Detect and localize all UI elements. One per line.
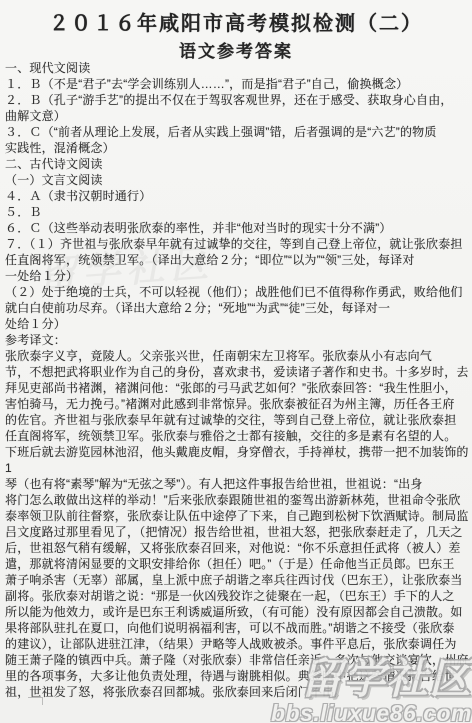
text-line: ４．Ａ（隶书汉朝时通行） — [5, 188, 472, 204]
text-line: 二、古代诗文阅读 — [5, 156, 472, 172]
text-line: 下班后就去游览园林池沼，他头戴鹿皮帽，身穿僧衣，手持禅杖，携带一把不加装饰的 — [5, 444, 472, 460]
text-line: 祖，世祖发了怒，将张欣泰召回都城。张欣泰回来后闭门不出。 — [5, 684, 472, 700]
text-line: 副将。张欣泰对胡谐之说：“那是一伙凶残狡诈之徒聚在一起，（巴东王）手下的人之 — [5, 588, 472, 604]
text-line: ３．Ｃ（“前者从理论上发展，后者从实践上强调”错，后者强调的是“六艺”的物质 — [5, 124, 472, 140]
text-line: 果将部队驻扎在夏口，向他们说明祸福利害，可以不战而胜。”胡谐之不接受（张欣泰 — [5, 620, 472, 636]
text-line: 随王萧子隆的镇西中兵。萧子隆（对张欣泰）非常信任亲近，多次与他交谈宴饮，州府 — [5, 652, 472, 668]
text-line: 一处给１分） — [5, 268, 472, 284]
text-line: 节，不想把武将职业作为自己的身份，喜欢隶书，爱读诸子著作和史书。十多岁时，去 — [5, 364, 472, 380]
answer-key-text: 一、现代文阅读１．Ｂ（不是“君子”去“学会训练别人……”，而是指“君子”自己，偷… — [5, 60, 472, 700]
text-line: 处给１分） — [5, 316, 472, 332]
text-line: ５．Ｂ — [5, 204, 472, 220]
text-line: 所以能为他效力，或许是巴东王利诱威逼所致，（有可能）没有原因都会自己溃散。如 — [5, 604, 472, 620]
text-line: 琴（也有将“素琴”解为“无弦之琴”）。有人把这件事报告给世祖，世祖说：“出身 — [5, 476, 472, 492]
text-line: （一）文言文阅读 — [5, 172, 472, 188]
text-line: 1 — [5, 460, 472, 476]
document-subtitle: 语文参考答案 — [0, 37, 472, 62]
text-line: 将门怎么敢做出这样的举动！”后来张欣泰跟随世祖的銮驾出游新林苑，世祖命令张欣 — [5, 492, 472, 508]
text-line: 一、现代文阅读 — [5, 60, 472, 76]
text-line: 任直阁将军，统领禁卫军。张欣泰与雅俗之士都有接触，交往的多是素有名望的人。 — [5, 428, 472, 444]
text-line: ２．Ｂ（孔子“游手艺”的提出不仅在于驾驭客观世界，还在于感受、获取身心自由， — [5, 92, 472, 108]
text-line: 参考译文： — [5, 332, 472, 348]
text-line: （２）处于绝境的士兵，不可以轻视（他们）；战胜他们已不值得称作勇武，败给他们 — [5, 284, 472, 300]
text-line: 曲解文意） — [5, 108, 472, 124]
text-line: 遣，那就将清闲显要的文职安排给你（担任）吧。”（于是）任命他当正员郎。巴东王 — [5, 556, 472, 572]
text-line: 就白白使前功尽弃。（译出大意给２分；“死地”“为武”“徒”三处，每译对一 — [5, 300, 472, 316]
document-title: ２０１６年咸阳市高考模拟检测（二） — [0, 7, 472, 36]
text-line: 的佐官。齐世祖与张欣泰早年就有过诚挚的交往，等到自己登上帝位，就让张欣泰担 — [5, 412, 472, 428]
text-line: 张欣泰字义亨，竟陵人。父亲张兴世，任南朝宋左卫将军。张欣泰从小有志向气 — [5, 348, 472, 364]
text-line: １．Ｂ（不是“君子”去“学会训练别人……”，而是指“君子”自己，偷换概念） — [5, 76, 472, 92]
text-line: 吕文度路过那里看见了，（把情况）报告给世祖，世祖大怒，把张欣泰赶走了，几天之 — [5, 524, 472, 540]
text-line: 后，世祖怒气稍有缓解，又将张欣泰召回来，对他说：“你不乐意担任武将（被人）差 — [5, 540, 472, 556]
text-line: 的建议），让部队进驻江津，（结果）尹略等人战败被杀。事件平息后，张欣泰调任为 — [5, 636, 472, 652]
text-line: ７．（１）齐世祖与张欣泰早年就有过诚挚的交往，等到自己登上帝位，就让张欣泰担 — [5, 236, 472, 252]
text-line: 害怕骑马，无力挽弓。”褚渊对此感到非常惊异。张欣泰被征召为州主簿，历任各王府 — [5, 396, 472, 412]
text-line: ６．Ｃ（这些举动表明张欣泰的率性，并非“他对当时的现实十分不满”） — [5, 220, 472, 236]
text-line: 里的各项事务，大多让他负责处理，待遇与谢朓相似。典签暗中把这些情况报告给世 — [5, 668, 472, 684]
text-line: 泰率领卫队前往督察，张欣泰让队伍中途停了下来，自己跑到松树下饮酒赋诗。制局监 — [5, 508, 472, 524]
scan-corner-artifact — [28, 697, 43, 705]
scanned-document-page: ２０１６年咸阳市高考模拟检测（二） 语文参考答案 留学社区 一、现代文阅读１．Ｂ… — [0, 0, 472, 723]
text-line: 实践性，混淆概念） — [5, 140, 472, 156]
text-line: 萧子响杀害（无辜）部属，皇上派中庶子胡谐之率兵往西讨伐（巴东王），让张欣泰当 — [5, 572, 472, 588]
text-line: 任直阁将军，统领禁卫军。（译出大意给２分；“即位”“以为”“领”三处，每译对 — [5, 252, 472, 268]
text-line: 拜见吏部尚书褚渊，褚渊问他：“张郎的弓马武艺如何？”张欣泰回答：“我生性胆小， — [5, 380, 472, 396]
watermark-url: bbs.liuxue86.com — [271, 701, 472, 723]
